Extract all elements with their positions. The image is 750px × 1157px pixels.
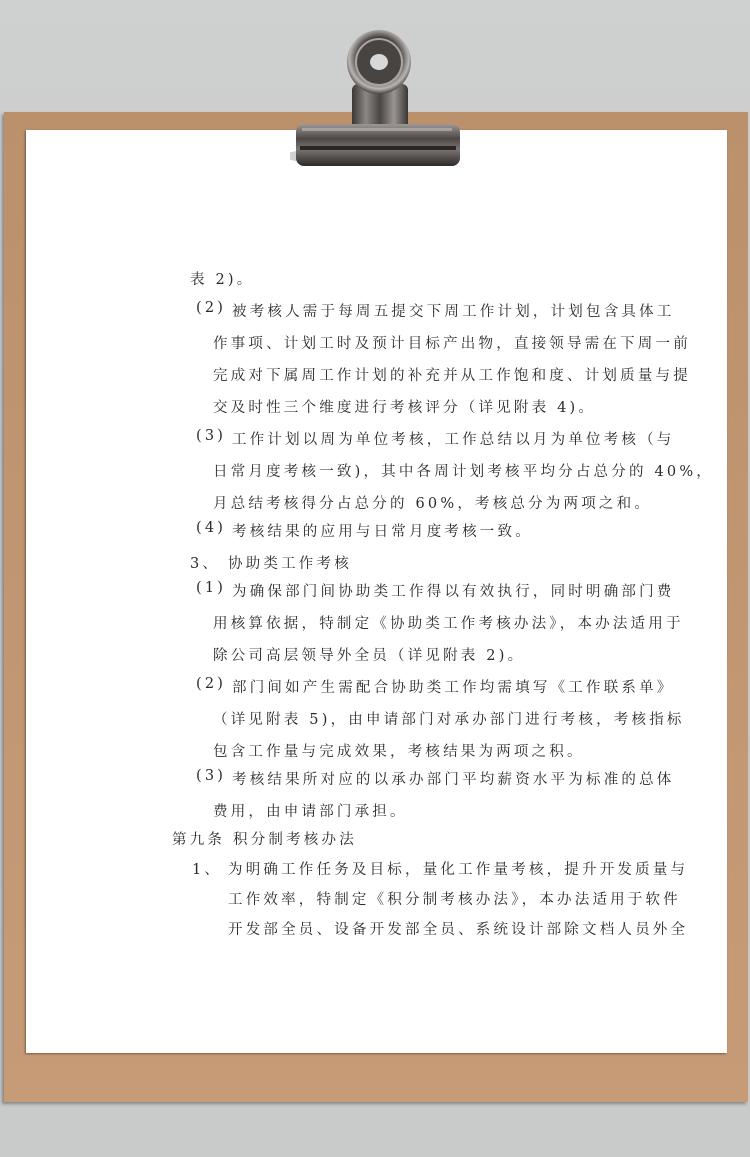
document-line: （详见附表 5)，由申请部门对承办部门进行考核，考核指标 bbox=[213, 708, 685, 729]
document-line: 作事项、计划工时及预计目标产出物，直接领导需在下周一前 bbox=[213, 332, 691, 353]
document-line: 日常月度考核一致)，其中各周计划考核平均分占总分的 40%， bbox=[213, 460, 714, 481]
document-line: 为明确工作任务及目标，量化工作量考核，提升开发质量与 bbox=[228, 858, 688, 879]
document-line: 月总结考核得分占总分的 60%，考核总分为两项之和。 bbox=[213, 492, 652, 513]
document-line: 用核算依据，特制定《协助类工作考核办法》，本办法适用于 bbox=[213, 612, 684, 633]
document-line: 考核结果所对应的以承办部门平均薪资水平为标准的总体 bbox=[232, 768, 675, 789]
list-marker: (4) bbox=[196, 520, 226, 536]
document-line: 工作计划以周为单位考核，工作总结以月为单位考核（与 bbox=[232, 428, 675, 449]
list-marker: (3) bbox=[196, 428, 226, 444]
list-marker: 第九条 bbox=[172, 828, 225, 849]
document-line: 被考核人需于每周五提交下周工作计划，计划包含具体工 bbox=[232, 300, 675, 321]
list-marker: 3、 bbox=[190, 552, 220, 573]
document-line: 表 2)。 bbox=[190, 268, 255, 289]
document-line: 完成对下属周工作计划的补充并从工作饱和度、计划质量与提 bbox=[213, 364, 691, 385]
document-line: 考核结果的应用与日常月度考核一致。 bbox=[232, 520, 533, 541]
document-line: 开发部全员、设备开发部全员、系统设计部除文档人员外全 bbox=[228, 918, 688, 939]
document-line: 包含工作量与完成效果，考核结果为两项之积。 bbox=[213, 740, 585, 761]
list-marker: (1) bbox=[196, 580, 226, 596]
document-line: 交及时性三个维度进行考核评分（详见附表 4)。 bbox=[213, 396, 596, 417]
document-line: 为确保部门间协助类工作得以有效执行，同时明确部门费 bbox=[232, 580, 675, 601]
list-marker: (2) bbox=[196, 676, 226, 692]
document-line: 部门间如产生需配合协助类工作均需填写《工作联系单》 bbox=[232, 676, 675, 697]
clipboard bbox=[4, 112, 748, 1102]
list-marker: (3) bbox=[196, 768, 226, 784]
list-marker: (2) bbox=[196, 300, 226, 316]
document-line: 费用，由申请部门承担。 bbox=[213, 800, 408, 821]
binder-clip-icon bbox=[290, 24, 466, 174]
document-line: 协助类工作考核 bbox=[228, 552, 352, 573]
document-line: 工作效率，特制定《积分制考核办法》，本办法适用于软件 bbox=[228, 888, 681, 909]
list-marker: 1、 bbox=[192, 858, 222, 879]
document-line: 除公司高层领导外全员（详见附表 2)。 bbox=[213, 644, 525, 665]
document-line: 积分制考核办法 bbox=[233, 828, 357, 849]
